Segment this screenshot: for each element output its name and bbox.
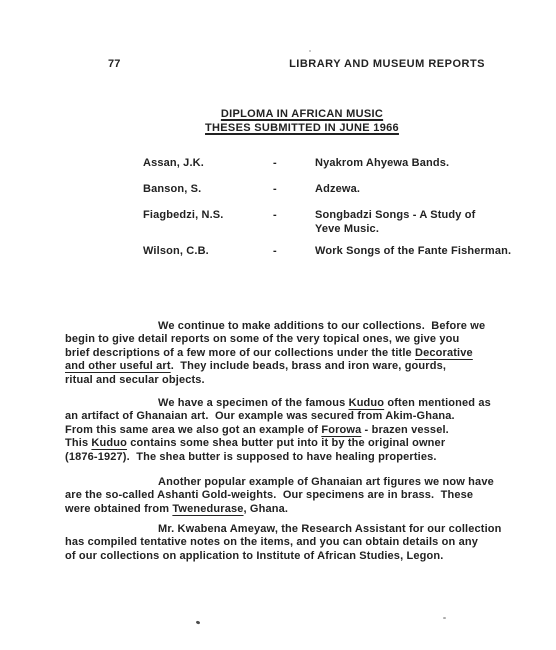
paragraph-line: From this same area we also got an examp…: [65, 424, 510, 437]
text-segment: ritual and secular objects.: [65, 374, 205, 386]
text-segment: were obtained from: [65, 503, 172, 515]
paragraph-line: are the so-called Ashanti Gold-weights. …: [65, 489, 510, 502]
text-segment: - brazen vessel.: [361, 424, 449, 436]
thesis-author: Wilson, C.B.: [143, 245, 273, 259]
thesis-title: Adzewa.: [315, 183, 360, 197]
underlined-term: Twenedurase: [172, 503, 243, 515]
text-segment: (1876-1927). The shea butter is supposed…: [65, 451, 437, 463]
text-segment: , Ghana.: [244, 503, 289, 515]
text-segment: of our collections on application to Ins…: [65, 550, 443, 562]
ink-speck: [309, 50, 311, 52]
thesis-author: Fiagbedzi, N.S.: [143, 209, 273, 236]
text-segment: We continue to make additions to our col…: [158, 320, 485, 332]
paragraph-line: of our collections on application to Ins…: [65, 550, 510, 563]
thesis-row: Fiagbedzi, N.S.-Songbadzi Songs - A Stud…: [143, 209, 475, 236]
thesis-title-line: Adzewa.: [315, 183, 360, 197]
text-segment: are the so-called Ashanti Gold-weights. …: [65, 489, 473, 501]
paragraph-line: and other useful art. They include beads…: [65, 360, 510, 373]
running-header: LIBRARY AND MUSEUM REPORTS: [289, 58, 485, 70]
thesis-separator: -: [273, 209, 315, 236]
underlined-term: Decorative: [415, 347, 473, 359]
text-segment: begin to give detail reports on some of …: [65, 333, 459, 345]
paragraph-line: were obtained from Twenedurase, Ghana.: [65, 503, 510, 516]
text-segment: We have a specimen of the famous: [158, 397, 349, 409]
paragraph-line: Mr. Kwabena Ameyaw, the Research Assista…: [65, 523, 510, 536]
paragraph-line: This Kuduo contains some shea butter put…: [65, 437, 510, 450]
paragraph: Mr. Kwabena Ameyaw, the Research Assista…: [65, 523, 510, 563]
paragraph-line: begin to give detail reports on some of …: [65, 333, 510, 346]
document-title-line-2: THESES SUBMITTED IN JUNE 1966: [161, 122, 443, 136]
paragraph-line: has compiled tentative notes on the item…: [65, 536, 510, 549]
thesis-title-line: Work Songs of the Fante Fisherman.: [315, 245, 511, 259]
text-segment: From this same area we also got an examp…: [65, 424, 321, 436]
page-number: 77: [108, 58, 121, 70]
underlined-term: Kuduo: [91, 437, 127, 449]
thesis-title: Songbadzi Songs - A Study ofYeve Music.: [315, 209, 475, 236]
text-segment: brief descriptions of a few more of our …: [65, 347, 415, 359]
paragraph-line: (1876-1927). The shea butter is supposed…: [65, 451, 510, 464]
thesis-title-line: Yeve Music.: [315, 223, 475, 237]
thesis-author: Assan, J.K.: [143, 157, 273, 171]
underlined-term: Forowa: [321, 424, 361, 436]
thesis-title-line: Songbadzi Songs - A Study of: [315, 209, 475, 223]
thesis-title-line: Nyakrom Ahyewa Bands.: [315, 157, 449, 171]
paragraph-line: brief descriptions of a few more of our …: [65, 347, 510, 360]
ink-speck: [443, 617, 446, 619]
text-segment: Another popular example of Ghanaian art …: [158, 476, 494, 488]
text-segment: has compiled tentative notes on the item…: [65, 536, 478, 548]
paragraph: Another popular example of Ghanaian art …: [65, 476, 510, 516]
paragraph: We continue to make additions to our col…: [65, 320, 510, 387]
underlined-term: Kuduo: [349, 397, 385, 409]
document-title-line-1: DIPLOMA IN AFRICAN MUSIC: [161, 108, 443, 122]
document-title: DIPLOMA IN AFRICAN MUSIC THESES SUBMITTE…: [161, 108, 443, 135]
text-segment: This: [65, 437, 91, 449]
thesis-author: Banson, S.: [143, 183, 273, 197]
paragraph-line: ritual and secular objects.: [65, 374, 510, 387]
thesis-separator: -: [273, 157, 315, 171]
text-segment: an artifact of Ghanaian art. Our example…: [65, 410, 455, 422]
text-segment: often mentioned as: [384, 397, 491, 409]
underlined-term: and other useful art: [65, 360, 171, 372]
document-page: 77 LIBRARY AND MUSEUM REPORTS DIPLOMA IN…: [0, 0, 556, 650]
text-segment: . They include beads, brass and iron war…: [171, 360, 446, 372]
text-segment: Mr. Kwabena Ameyaw, the Research Assista…: [158, 523, 502, 535]
text-segment: contains some shea butter put into it by…: [127, 437, 445, 449]
paragraph-line: We have a specimen of the famous Kuduo o…: [65, 397, 510, 410]
thesis-row: Assan, J.K.-Nyakrom Ahyewa Bands.: [143, 157, 449, 171]
thesis-title: Nyakrom Ahyewa Bands.: [315, 157, 449, 171]
ink-speck: [196, 620, 201, 624]
thesis-title: Work Songs of the Fante Fisherman.: [315, 245, 511, 259]
thesis-row: Wilson, C.B.-Work Songs of the Fante Fis…: [143, 245, 511, 259]
paragraph: We have a specimen of the famous Kuduo o…: [65, 397, 510, 464]
thesis-separator: -: [273, 183, 315, 197]
thesis-row: Banson, S.-Adzewa.: [143, 183, 360, 197]
paragraph-line: Another popular example of Ghanaian art …: [65, 476, 510, 489]
paragraph-line: an artifact of Ghanaian art. Our example…: [65, 410, 510, 423]
thesis-separator: -: [273, 245, 315, 259]
paragraph-line: We continue to make additions to our col…: [65, 320, 510, 333]
